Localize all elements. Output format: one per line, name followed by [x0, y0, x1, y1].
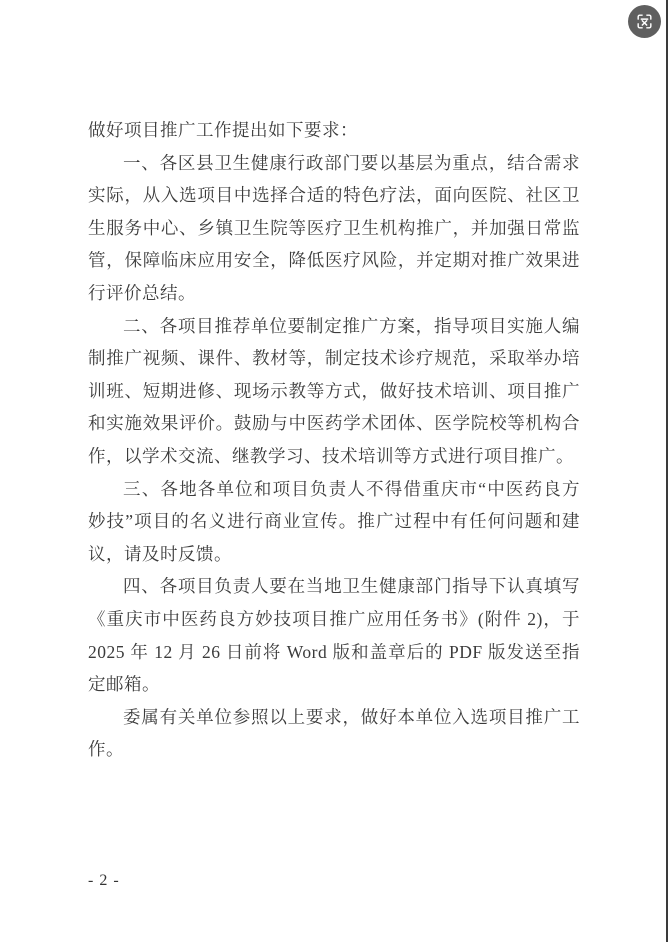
page-number: - 2 - [88, 872, 120, 890]
paragraph-item-3: 三、各地各单位和项目负责人不得借重庆市“中医药良方妙技”项目的名义进行商业宣传。… [88, 473, 580, 571]
paragraph-item-4: 四、各项目负责人要在当地卫生健康部门指导下认真填写《重庆市中医药良方妙技项目推广… [88, 570, 580, 700]
scan-text-icon [635, 12, 654, 31]
right-edge-line [666, 0, 668, 942]
scan-text-button[interactable] [628, 5, 661, 38]
paragraph-item-2: 二、各项目推荐单位要制定推广方案，指导项目实施人编制推广视频、课件、教材等，制定… [88, 310, 580, 473]
paragraph-item-1: 一、各区县卫生健康行政部门要以基层为重点，结合需求实际，从入选项目中选择合适的特… [88, 147, 580, 310]
document-page: 做好项目推广工作提出如下要求： 一、各区县卫生健康行政部门要以基层为重点，结合需… [0, 0, 669, 942]
document-text-block: 做好项目推广工作提出如下要求： 一、各区县卫生健康行政部门要以基层为重点，结合需… [88, 114, 580, 766]
paragraph-closing: 委属有关单位参照以上要求，做好本单位入选项目推广工作。 [88, 701, 580, 766]
paragraph-intro: 做好项目推广工作提出如下要求： [88, 114, 580, 147]
